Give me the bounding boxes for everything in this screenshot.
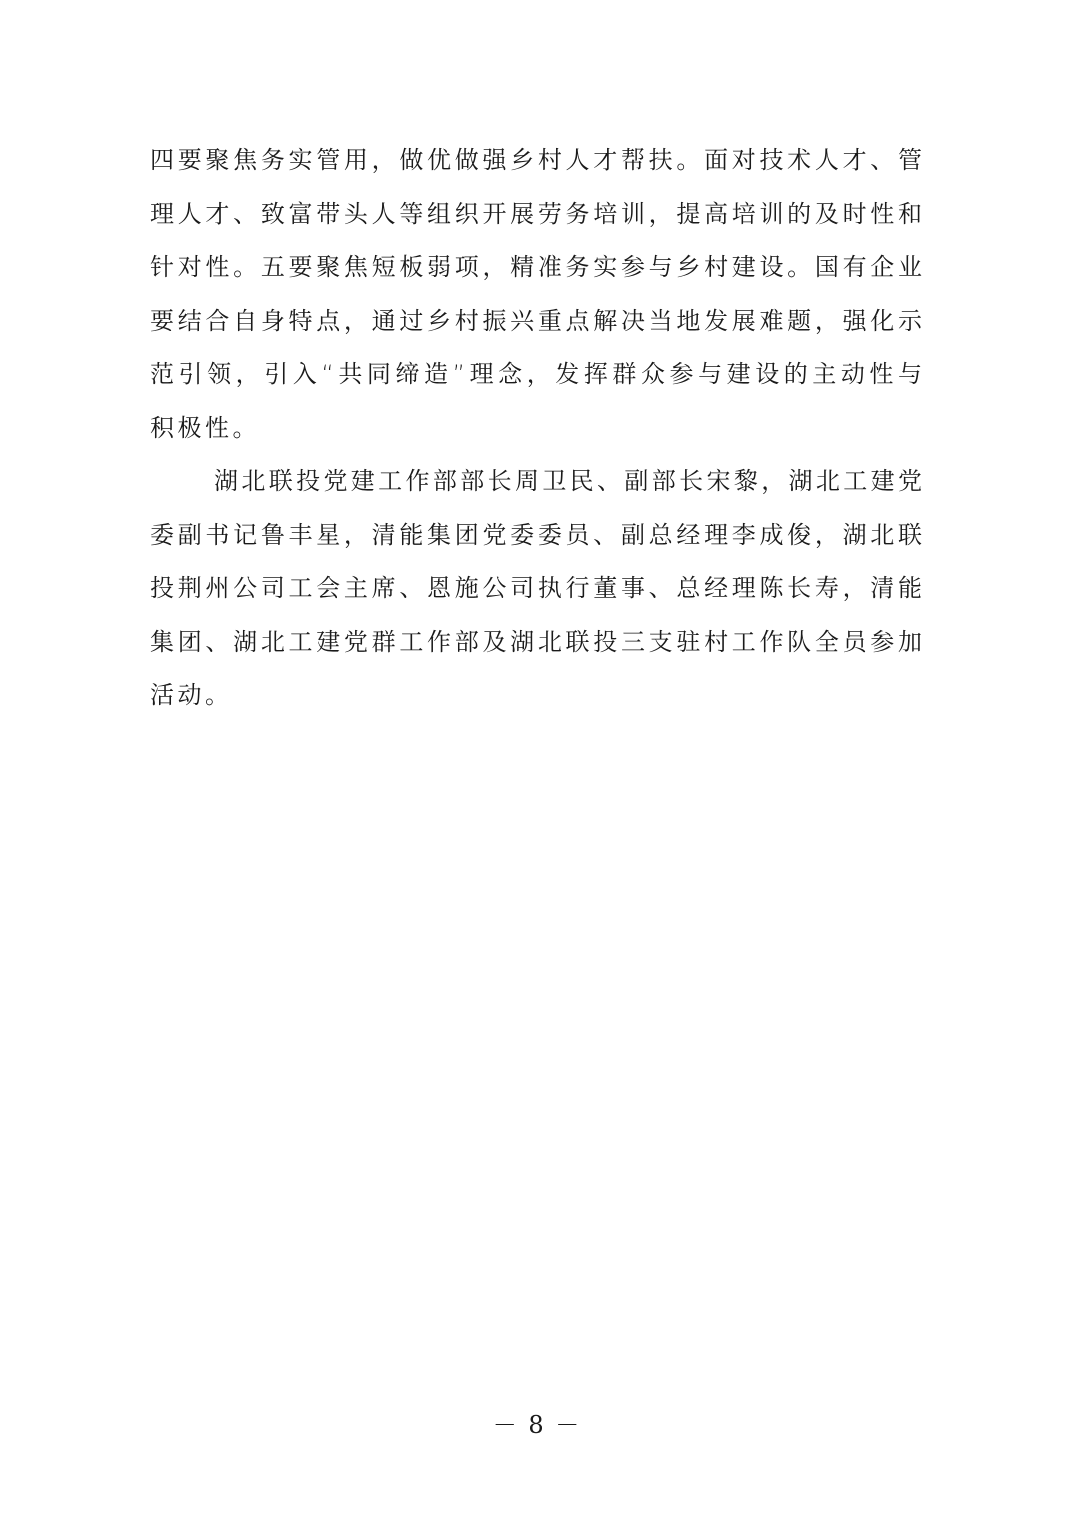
text-line: 集团、湖北工建党群工作部及湖北联投三支驻村工作队全员参加	[150, 616, 922, 670]
text-line: 积极性。	[150, 402, 922, 456]
document-page: 四要聚焦务实管用，做优做强乡村人才帮扶。面对技术人才、管 理人才、致富带头人等组…	[0, 0, 1074, 1520]
text-line: 活动。	[150, 669, 922, 723]
text-line: 要结合自身特点，通过乡村振兴重点解决当地发展难题，强化示	[150, 295, 922, 349]
text-line: 针对性。五要聚焦短板弱项，精准务实参与乡村建设。国有企业	[150, 241, 922, 295]
paragraph-2: 湖北联投党建工作部部长周卫民、副部长宋黎，湖北工建党 委副书记鲁丰星，清能集团党…	[150, 455, 922, 723]
page-number: － 8 －	[0, 1410, 1074, 1440]
text-line: 理人才、致富带头人等组织开展劳务培训，提高培训的及时性和	[150, 188, 922, 242]
text-line: 湖北联投党建工作部部长周卫民、副部长宋黎，湖北工建党	[150, 455, 922, 509]
document-body: 四要聚焦务实管用，做优做强乡村人才帮扶。面对技术人才、管 理人才、致富带头人等组…	[150, 134, 922, 723]
text-line: 投荆州公司工会主席、恩施公司执行董事、总经理陈长寿，清能	[150, 562, 922, 616]
text-line: 范引领，引入“共同缔造”理念，发挥群众参与建设的主动性与	[150, 348, 922, 402]
text-line: 委副书记鲁丰星，清能集团党委委员、副总经理李成俊，湖北联	[150, 509, 922, 563]
text-line: 四要聚焦务实管用，做优做强乡村人才帮扶。面对技术人才、管	[150, 134, 922, 188]
paragraph-1: 四要聚焦务实管用，做优做强乡村人才帮扶。面对技术人才、管 理人才、致富带头人等组…	[150, 134, 922, 455]
